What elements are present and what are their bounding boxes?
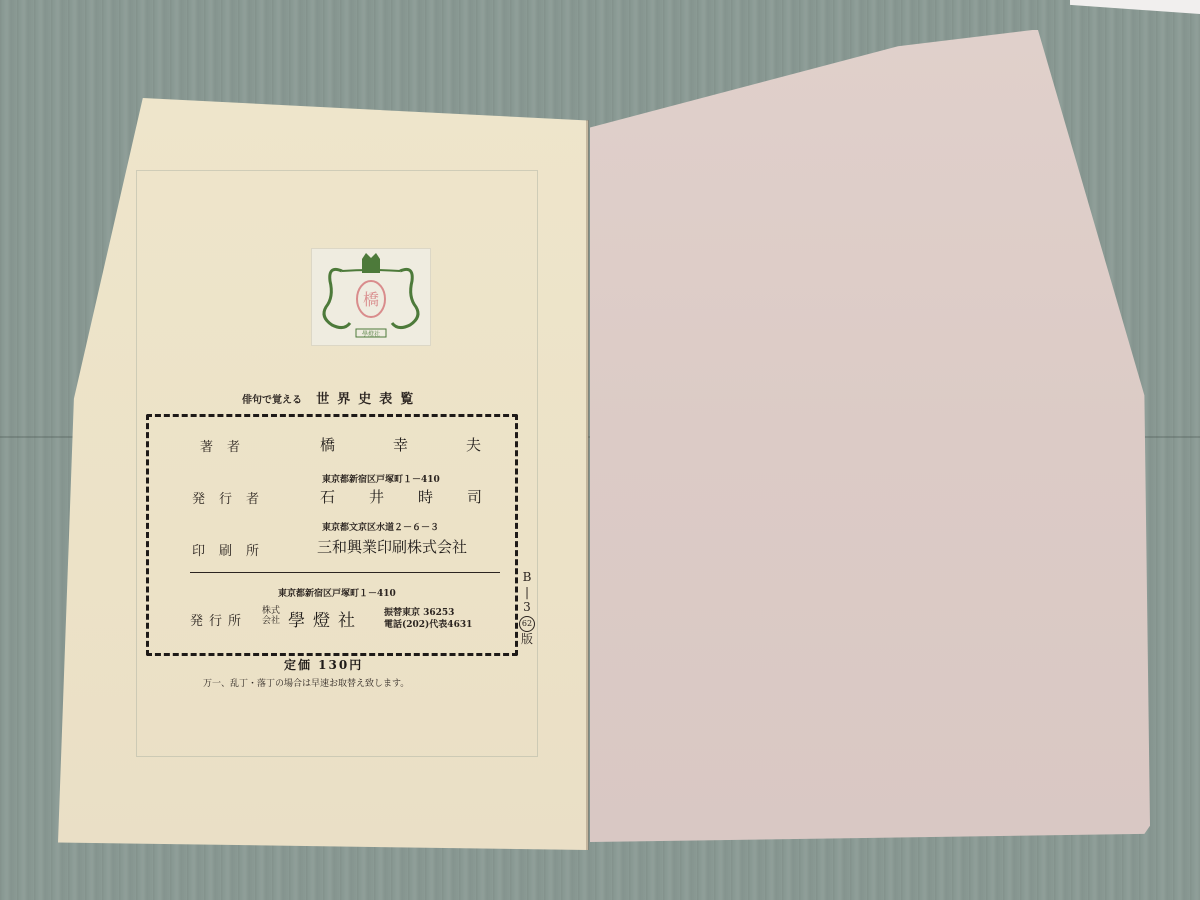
author-label: 著者 — [200, 436, 254, 455]
printer-label: 印刷所 — [192, 540, 273, 559]
printer-name: 三和興業印刷株式会社 — [317, 536, 467, 557]
printer-address: 東京都文京区水道２－６－３ — [322, 520, 439, 533]
right-page-blank — [590, 30, 1150, 842]
title-prefix: 俳句で覚える — [242, 395, 302, 406]
title-main: 世界史表覧 — [316, 392, 421, 407]
price: 定価 130円 — [284, 656, 363, 673]
ex-libris-stamp: 橋 學燈社 — [311, 248, 431, 346]
publisher-label: 発行所 — [190, 610, 247, 629]
edition-code: B | 3 62 版 — [517, 570, 537, 647]
book-spine — [586, 120, 589, 850]
edition-number: 3 — [517, 600, 537, 615]
crest-icon: 橋 學燈社 — [312, 249, 430, 345]
colophon-divider — [190, 572, 500, 573]
phone-number: 電話(202)代表4631 — [384, 617, 472, 630]
edition-bar: | — [517, 585, 537, 600]
publisher-person-label: 発行者 — [192, 488, 273, 507]
replacement-notice: 万一、乱丁・落丁の場合は早速お取替え致します。 — [203, 676, 409, 689]
edition-year: 62 — [519, 616, 535, 632]
publisher-person-address: 東京都新宿区戸塚町１－410 — [322, 472, 440, 485]
edition-suffix: 版 — [517, 632, 537, 647]
edition-letter: B — [517, 570, 537, 585]
publisher-corp-type: 株式会社 — [262, 606, 282, 626]
seal-char: 橋 — [363, 290, 379, 309]
book-title: 俳句で覚える 世界史表覧 — [242, 388, 421, 407]
paper-corner — [1070, 0, 1200, 14]
publisher-name: 學燈社 — [288, 606, 363, 631]
ex-libris-footer: 學燈社 — [362, 330, 380, 338]
publisher-address: 東京都新宿区戸塚町１－410 — [278, 586, 396, 599]
publisher-person: 石井時司 — [320, 486, 516, 507]
author-name: 橋幸夫 — [320, 434, 539, 455]
